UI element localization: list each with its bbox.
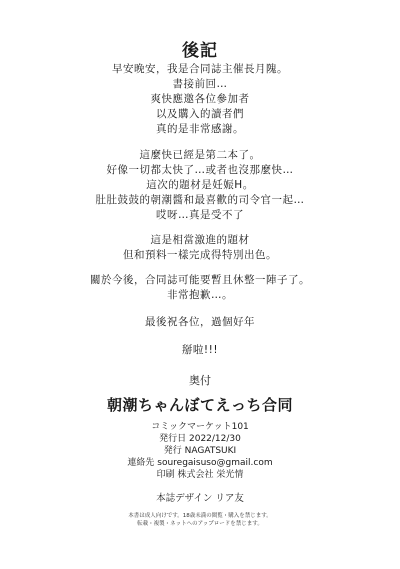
body-line: 哎呀…真是受不了 — [0, 208, 400, 223]
body-line: 關於今後，合同誌可能要暫且休整一陣子了。 — [0, 273, 400, 288]
body-line: 好像一切都太快了…或者也沒那麼快… — [0, 163, 400, 178]
body-line: 這次的題材是妊娠H。 — [0, 178, 400, 193]
body-line: 這是相當激進的題材 — [0, 233, 400, 248]
afterword-title: 後記 — [0, 36, 400, 61]
printer-line: 印刷 株式会社 栄光情 — [0, 469, 400, 482]
body-line: 但和預料一樣完成得特別出色。 — [0, 248, 400, 263]
body-line: 肚肚鼓鼓的朝潮醬和最喜歡的司令官一起… — [0, 193, 400, 208]
body-line: 書接前回… — [0, 77, 400, 92]
body-line: 真的是非常感謝。 — [0, 122, 400, 137]
body-line: 非常抱歉…。 — [0, 288, 400, 303]
legal-notice: 転載・複製・ネットへのアップロードを禁じます。 — [0, 520, 400, 528]
body-line: 早安晚安，我是合同誌主催長月隗。 — [0, 62, 400, 77]
body-line: 這麼快已經是第二本了。 — [0, 148, 400, 163]
colophon-heading: 奥付 — [0, 372, 400, 388]
body-line: 以及購入的讀者們 — [0, 107, 400, 122]
body-line: 爽快應邀各位參加者 — [0, 92, 400, 107]
body-line: 掰啦!!! — [0, 343, 400, 358]
afterword-page: 後記 早安晚安，我是合同誌主催長月隗。 書接前回… 爽快應邀各位參加者 以及購入… — [0, 0, 400, 569]
body-line: 最後祝各位，過個好年 — [0, 315, 400, 330]
book-title: 朝潮ちゃんぼてえっち合同 — [0, 394, 400, 415]
legal-notice: 本書は成人向けです。18歳未満の閲覧・購入を禁じます。 — [0, 512, 400, 520]
design-credit: 本誌デザイン リア友 — [0, 490, 400, 504]
